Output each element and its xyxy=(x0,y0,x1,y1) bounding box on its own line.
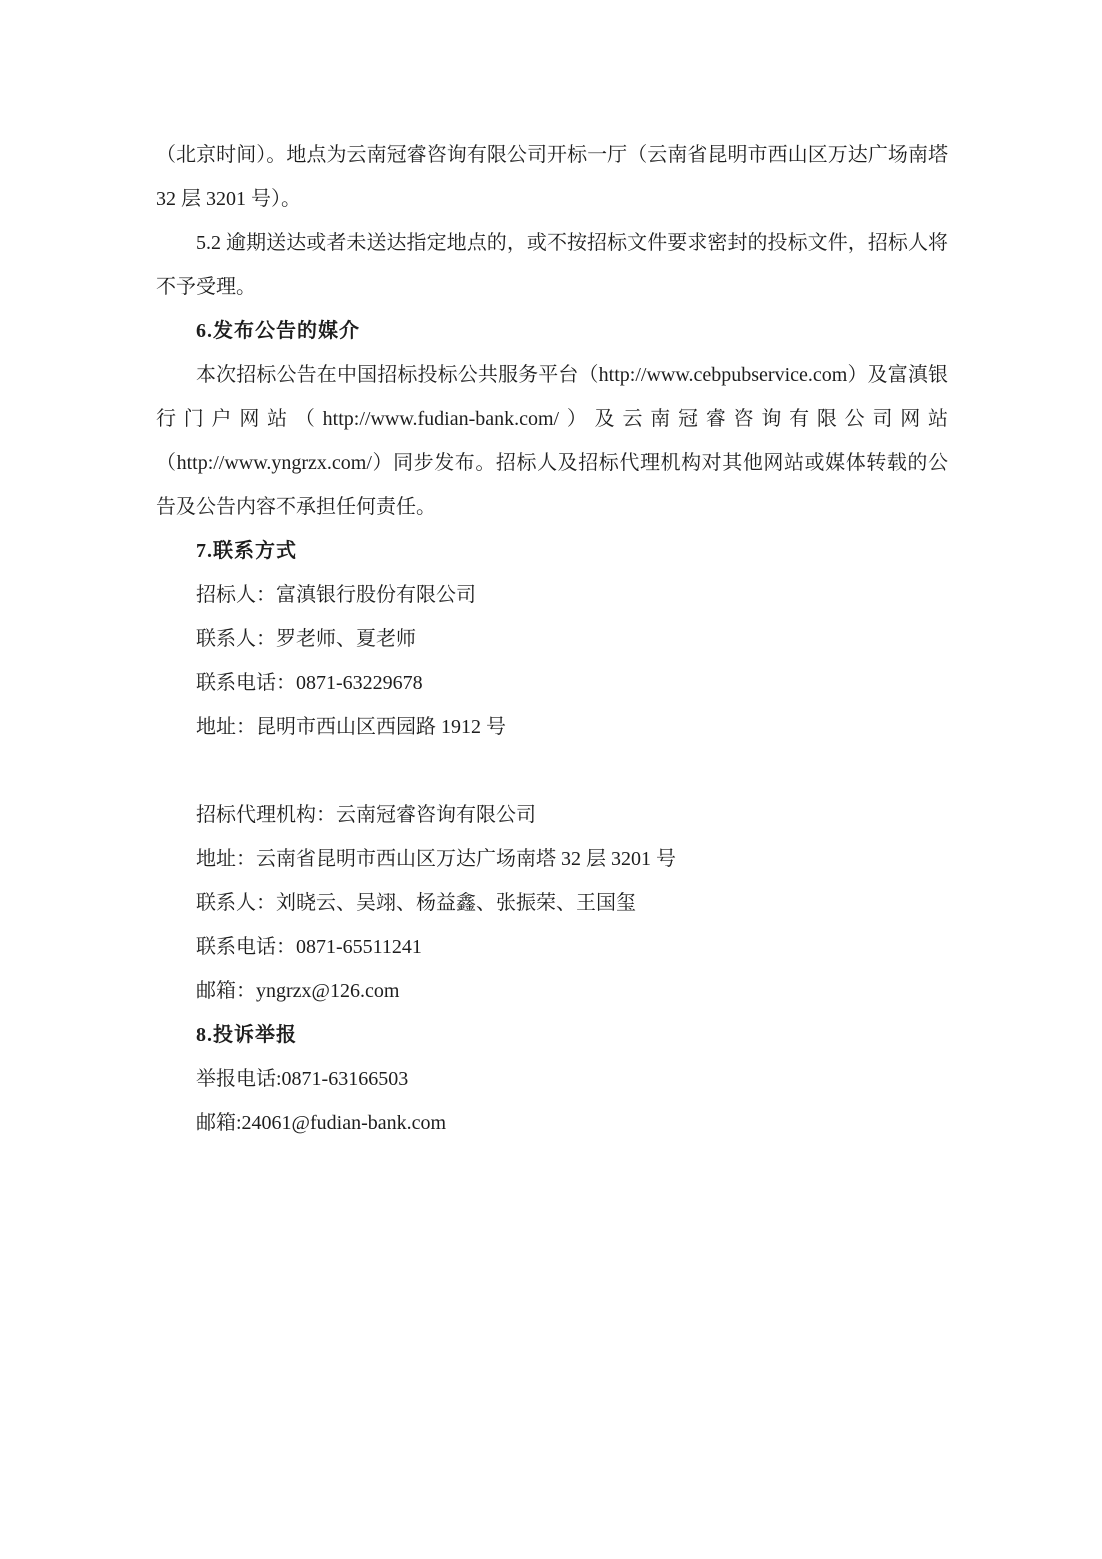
agency-phone-line: 联系电话：0871-65511241 xyxy=(156,925,948,969)
tenderer-phone-line: 联系电话：0871-63229678 xyxy=(156,661,948,705)
agency-name-line: 招标代理机构：云南冠睿咨询有限公司 xyxy=(156,793,948,837)
paragraph-clause-5-2: 5.2 逾期送达或者未送达指定地点的，或不按招标文件要求密封的投标文件，招标人将… xyxy=(156,221,948,309)
tenderer-name-line: 招标人：富滇银行股份有限公司 xyxy=(156,573,948,617)
tenderer-address-line: 地址：昆明市西山区西园路 1912 号 xyxy=(156,705,948,749)
heading-section-6-announcement-media: 6.发布公告的媒介 xyxy=(156,309,948,353)
agency-contact-line: 联系人：刘晓云、吴翊、杨益鑫、张振荣、王国玺 xyxy=(156,881,948,925)
paragraph-opening-location: （北京时间）。地点为云南冠睿咨询有限公司开标一厅（云南省昆明市西山区万达广场南塔… xyxy=(156,133,948,221)
tenderer-contact-line: 联系人：罗老师、夏老师 xyxy=(156,617,948,661)
blank-line xyxy=(156,749,948,793)
complaint-email-line: 邮箱:24061@fudian-bank.com xyxy=(156,1101,948,1145)
heading-section-7-contact-info: 7.联系方式 xyxy=(156,529,948,573)
heading-section-8-complaint-report: 8.投诉举报 xyxy=(156,1013,948,1057)
agency-address-line: 地址：云南省昆明市西山区万达广场南塔 32 层 3201 号 xyxy=(156,837,948,881)
paragraph-announcement-media: 本次招标公告在中国招标投标公共服务平台（http://www.cebpubser… xyxy=(156,353,948,529)
complaint-phone-line: 举报电话:0871-63166503 xyxy=(156,1057,948,1101)
document-content: （北京时间）。地点为云南冠睿咨询有限公司开标一厅（云南省昆明市西山区万达广场南塔… xyxy=(156,133,948,1145)
agency-email-line: 邮箱：yngrzx@126.com xyxy=(156,969,948,1013)
document-page: （北京时间）。地点为云南冠睿咨询有限公司开标一厅（云南省昆明市西山区万达广场南塔… xyxy=(0,0,1102,1559)
